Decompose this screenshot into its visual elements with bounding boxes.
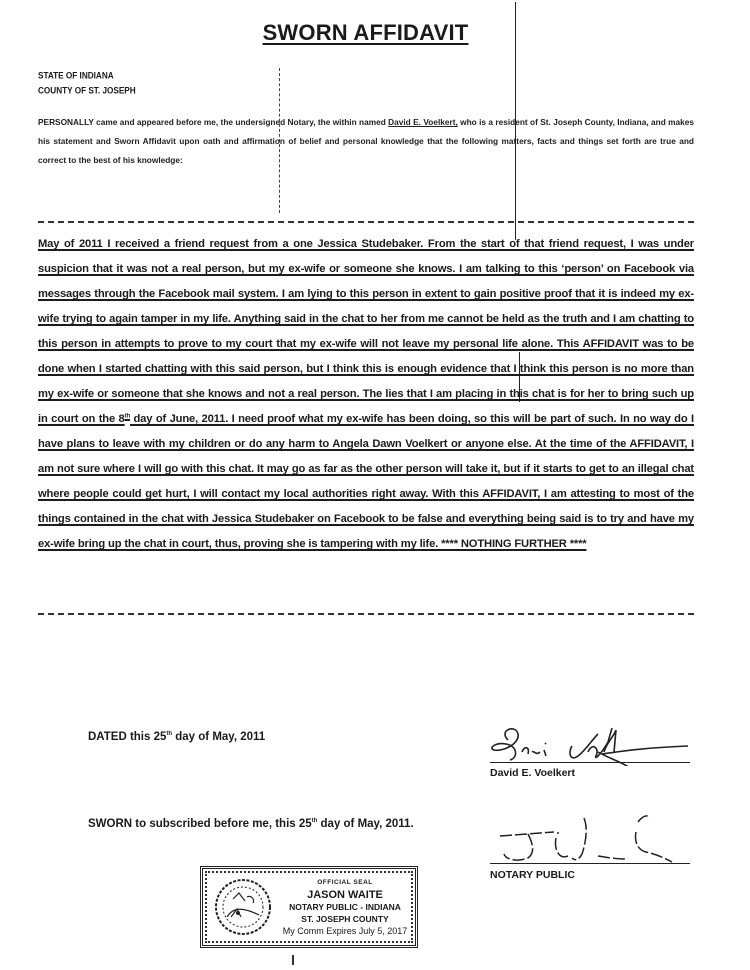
notary-seal-stamp: OFFICIAL SEAL JASON WAITE NOTARY PUBLIC … [200,866,418,948]
dated-line: DATED this 25th day of May, 2011 [88,731,265,743]
notary-signature [488,808,698,864]
affiant-name: David E. Voelkert, [388,117,458,127]
stamp-county: ST. JOSEPH COUNTY [281,913,409,925]
statement-text: May of 2011 I received a friend request … [38,238,694,425]
state-label: STATE OF INDIANA [38,71,114,81]
separator-line [38,221,694,223]
signature-line [490,762,690,763]
notary-public-label: NOTARY PUBLIC [490,869,575,881]
stamp-notary-name: JASON WAITE [281,889,409,901]
state-seal-icon [213,877,273,937]
separator-line [38,613,694,615]
stamp-official-seal: OFFICIAL SEAL [281,877,409,889]
stamp-notary-title: NOTARY PUBLIC - INDIANA [281,901,409,913]
dated-suffix: day of May, 2011 [172,731,265,743]
dated-prefix: DATED this 25 [88,731,166,743]
intro-text: PERSONALLY came and appeared before me, … [38,117,388,127]
signer-name-label: David E. Voelkert [490,767,575,779]
stamp-text: OFFICIAL SEAL JASON WAITE NOTARY PUBLIC … [281,877,409,937]
affiant-signature [488,722,698,766]
notary-signature-line [490,863,690,864]
sworn-prefix: SWORN to subscribed before me, this 25 [88,818,312,830]
statement-text-cont: day of June, 2011. I need proof what my … [38,413,694,550]
county-label: COUNTY OF ST. JOSEPH [38,86,136,96]
sworn-line: SWORN to subscribed before me, this 25th… [88,818,414,830]
stamp-expiry: My Comm Expires July 5, 2017 [281,925,409,937]
statement-paragraph: May of 2011 I received a friend request … [38,232,694,557]
sworn-suffix: day of May, 2011. [317,818,413,830]
scan-artifact-mark [292,955,294,965]
document-title: SWORN AFFIDAVIT [0,20,731,46]
intro-paragraph: PERSONALLY came and appeared before me, … [38,113,694,170]
